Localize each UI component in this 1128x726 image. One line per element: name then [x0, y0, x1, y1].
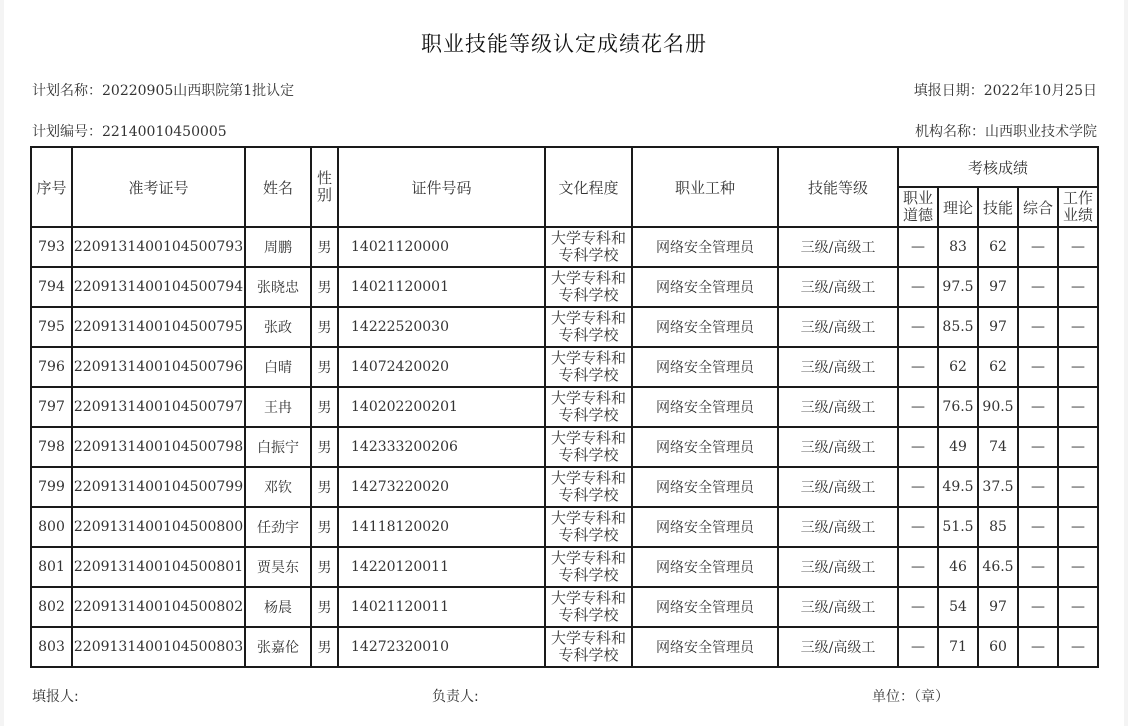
cell-theory: 85.5 [938, 307, 978, 347]
redaction-mask [477, 507, 514, 547]
cell-overall: — [1018, 627, 1058, 667]
cell-id-no: 140202200201 [338, 387, 545, 427]
redaction-mask [477, 387, 514, 427]
cell-theory: 71 [938, 627, 978, 667]
cell-name: 杨晨 [245, 587, 311, 627]
table-row: 7972209131400104500797王冉男140202200201大学专… [31, 387, 1098, 427]
cell-education: 大学专科和专科学校 [545, 307, 632, 347]
header-name: 姓名 [245, 147, 311, 227]
cell-seq: 795 [31, 307, 72, 347]
cell-name: 邓钦 [245, 467, 311, 507]
cell-occupation: 网络安全管理员 [632, 347, 778, 387]
cell-exam-no: 2209131400104500794 [72, 267, 245, 307]
table-row: 8012209131400104500801贾昊东男14220120011大学专… [31, 547, 1098, 587]
cell-exam-no: 2209131400104500796 [72, 347, 245, 387]
cell-exam-no: 2209131400104500800 [72, 507, 245, 547]
cell-education: 大学专科和专科学校 [545, 627, 632, 667]
cell-education: 大学专科和专科学校 [545, 587, 632, 627]
cell-id-no: 14072420020 [338, 347, 545, 387]
cell-occupation: 网络安全管理员 [632, 547, 778, 587]
cell-exam-no: 2209131400104500795 [72, 307, 245, 347]
education-text: 大学专科和专科学校 [548, 590, 630, 624]
cell-occupation: 网络安全管理员 [632, 387, 778, 427]
cell-skill-level: 三级/高级工 [778, 227, 898, 267]
redaction-mask [477, 227, 514, 267]
cell-exam-no: 2209131400104500798 [72, 427, 245, 467]
cell-performance: — [1058, 587, 1098, 627]
cell-name: 白晴 [245, 347, 311, 387]
id-number-text: 140202200201 [351, 399, 458, 415]
id-number-text: 14021120001 [351, 279, 449, 295]
cell-education: 大学专科和专科学校 [545, 467, 632, 507]
header-gender-label: 性别 [317, 170, 333, 204]
cell-overall: — [1018, 267, 1058, 307]
plan-number: 计划编号：22140010450005 [32, 121, 227, 141]
cell-name: 张晓忠 [245, 267, 311, 307]
cell-gender: 男 [311, 467, 338, 507]
cell-name: 张政 [245, 307, 311, 347]
id-number-text: 14072420020 [351, 359, 449, 375]
cell-overall: — [1018, 507, 1058, 547]
education-text: 大学专科和专科学校 [548, 550, 630, 584]
cell-theory: 46 [938, 547, 978, 587]
cell-ethics: — [898, 507, 938, 547]
cell-skill: 62 [978, 227, 1018, 267]
cell-ethics: — [898, 547, 938, 587]
cell-skill: 74 [978, 427, 1018, 467]
plan-name: 计划名称：20220905山西职院第1批认定 [32, 80, 294, 100]
cell-seq: 801 [31, 547, 72, 587]
cell-skill-level: 三级/高级工 [778, 627, 898, 667]
cell-id-no: 14021120000 [338, 227, 545, 267]
cell-performance: — [1058, 627, 1098, 667]
cell-gender: 男 [311, 267, 338, 307]
footer-filler: 填报人: [32, 686, 79, 706]
cell-occupation: 网络安全管理员 [632, 267, 778, 307]
header-performance-label: 工作业绩 [1062, 190, 1094, 224]
cell-occupation: 网络安全管理员 [632, 307, 778, 347]
table-row: 7962209131400104500796白晴男14072420020大学专科… [31, 347, 1098, 387]
cell-seq: 796 [31, 347, 72, 387]
table-row: 7932209131400104500793周鹏男14021120000大学专科… [31, 227, 1098, 267]
id-number-text: 142333200206 [351, 439, 458, 455]
cell-skill-level: 三级/高级工 [778, 587, 898, 627]
cell-skill-level: 三级/高级工 [778, 547, 898, 587]
header-ethics-label: 职业道德 [902, 190, 934, 224]
cell-skill-level: 三级/高级工 [778, 467, 898, 507]
cell-skill: 97 [978, 267, 1018, 307]
redaction-mask [477, 547, 514, 587]
table-row: 7992209131400104500799邓钦男14273220020大学专科… [31, 467, 1098, 507]
cell-skill: 97 [978, 307, 1018, 347]
cell-skill: 90.5 [978, 387, 1018, 427]
id-number-text: 14220120011 [351, 559, 449, 575]
cell-theory: 62 [938, 347, 978, 387]
cell-id-no: 14273220020 [338, 467, 545, 507]
redaction-mask [477, 267, 514, 307]
cell-skill-level: 三级/高级工 [778, 347, 898, 387]
cell-gender: 男 [311, 307, 338, 347]
cell-skill: 97 [978, 587, 1018, 627]
cell-name: 任劲宇 [245, 507, 311, 547]
redaction-mask [477, 427, 514, 467]
cell-gender: 男 [311, 627, 338, 667]
cell-performance: — [1058, 267, 1098, 307]
cell-occupation: 网络安全管理员 [632, 627, 778, 667]
cell-ethics: — [898, 627, 938, 667]
cell-education: 大学专科和专科学校 [545, 267, 632, 307]
education-text: 大学专科和专科学校 [548, 390, 630, 424]
table-row: 8022209131400104500802杨晨男14021120011大学专科… [31, 587, 1098, 627]
id-number-text: 14273220020 [351, 479, 449, 495]
table-row: 7942209131400104500794张晓忠男14021120001大学专… [31, 267, 1098, 307]
id-number-text: 14118120020 [351, 519, 449, 535]
table-row: 8032209131400104500803张嘉伦男14272320010大学专… [31, 627, 1098, 667]
cell-name: 王冉 [245, 387, 311, 427]
education-text: 大学专科和专科学校 [548, 350, 630, 384]
cell-education: 大学专科和专科学校 [545, 547, 632, 587]
id-number-text: 14272320010 [351, 639, 449, 655]
cell-id-no: 14272320010 [338, 627, 545, 667]
header-theory: 理论 [938, 187, 978, 227]
footer-responsible: 负责人: [432, 686, 479, 706]
header-gender: 性别 [311, 147, 338, 227]
header-occupation: 职业工种 [632, 147, 778, 227]
cell-ethics: — [898, 307, 938, 347]
cell-seq: 797 [31, 387, 72, 427]
cell-ethics: — [898, 587, 938, 627]
header-scores-group: 考核成绩 [898, 147, 1098, 187]
cell-skill-level: 三级/高级工 [778, 507, 898, 547]
cell-exam-no: 2209131400104500797 [72, 387, 245, 427]
header-skill-level: 技能等级 [778, 147, 898, 227]
cell-seq: 794 [31, 267, 72, 307]
cell-education: 大学专科和专科学校 [545, 347, 632, 387]
redaction-mask [477, 347, 514, 387]
education-text: 大学专科和专科学校 [548, 430, 630, 464]
header-exam-no: 准考证号 [72, 147, 245, 227]
education-text: 大学专科和专科学校 [548, 270, 630, 304]
table-row: 8002209131400104500800任劲宇男14118120020大学专… [31, 507, 1098, 547]
cell-overall: — [1018, 587, 1058, 627]
cell-exam-no: 2209131400104500793 [72, 227, 245, 267]
cell-occupation: 网络安全管理员 [632, 227, 778, 267]
cell-id-no: 14021120011 [338, 587, 545, 627]
cell-education: 大学专科和专科学校 [545, 227, 632, 267]
cell-overall: — [1018, 347, 1058, 387]
cell-gender: 男 [311, 587, 338, 627]
cell-seq: 802 [31, 587, 72, 627]
cell-skill: 62 [978, 347, 1018, 387]
cell-id-no: 14222520030 [338, 307, 545, 347]
cell-gender: 男 [311, 427, 338, 467]
cell-gender: 男 [311, 547, 338, 587]
header-education: 文化程度 [545, 147, 632, 227]
cell-overall: — [1018, 427, 1058, 467]
cell-skill: 85 [978, 507, 1018, 547]
cell-seq: 798 [31, 427, 72, 467]
redaction-mask [477, 627, 514, 667]
cell-overall: — [1018, 387, 1058, 427]
cell-name: 贾昊东 [245, 547, 311, 587]
cell-performance: — [1058, 547, 1098, 587]
cell-name: 白振宁 [245, 427, 311, 467]
header-ethics: 职业道德 [898, 187, 938, 227]
cell-seq: 803 [31, 627, 72, 667]
cell-id-no: 14118120020 [338, 507, 545, 547]
cell-occupation: 网络安全管理员 [632, 427, 778, 467]
cell-performance: — [1058, 347, 1098, 387]
cell-performance: — [1058, 387, 1098, 427]
cell-skill: 37.5 [978, 467, 1018, 507]
header-overall: 综合 [1018, 187, 1058, 227]
cell-gender: 男 [311, 227, 338, 267]
education-text: 大学专科和专科学校 [548, 630, 630, 664]
redaction-mask [477, 307, 514, 347]
cell-name: 周鹏 [245, 227, 311, 267]
cell-overall: — [1018, 467, 1058, 507]
cell-theory: 49 [938, 427, 978, 467]
id-number-text: 14021120000 [351, 239, 449, 255]
cell-skill: 46.5 [978, 547, 1018, 587]
cell-skill-level: 三级/高级工 [778, 427, 898, 467]
cell-theory: 97.5 [938, 267, 978, 307]
score-roster-table: 序号 准考证号 姓名 性别 证件号码 文化程度 职业工种 技能等级 考核成绩 职… [30, 146, 1099, 668]
cell-theory: 51.5 [938, 507, 978, 547]
cell-skill-level: 三级/高级工 [778, 387, 898, 427]
org-name: 机构名称：山西职业技术学院 [915, 121, 1097, 141]
cell-gender: 男 [311, 507, 338, 547]
cell-exam-no: 2209131400104500799 [72, 467, 245, 507]
cell-ethics: — [898, 267, 938, 307]
cell-theory: 83 [938, 227, 978, 267]
cell-ethics: — [898, 387, 938, 427]
cell-seq: 799 [31, 467, 72, 507]
cell-theory: 49.5 [938, 467, 978, 507]
cell-skill-level: 三级/高级工 [778, 307, 898, 347]
education-text: 大学专科和专科学校 [548, 510, 630, 544]
table-row: 7982209131400104500798白振宁男142333200206大学… [31, 427, 1098, 467]
cell-exam-no: 2209131400104500801 [72, 547, 245, 587]
cell-occupation: 网络安全管理员 [632, 467, 778, 507]
cell-occupation: 网络安全管理员 [632, 587, 778, 627]
cell-ethics: — [898, 427, 938, 467]
cell-id-no: 142333200206 [338, 427, 545, 467]
cell-skill-level: 三级/高级工 [778, 267, 898, 307]
education-text: 大学专科和专科学校 [548, 230, 630, 264]
cell-exam-no: 2209131400104500803 [72, 627, 245, 667]
header-seq: 序号 [31, 147, 72, 227]
cell-performance: — [1058, 467, 1098, 507]
education-text: 大学专科和专科学校 [548, 470, 630, 504]
cell-performance: — [1058, 307, 1098, 347]
redaction-mask [477, 467, 514, 507]
cell-overall: — [1018, 227, 1058, 267]
cell-id-no: 14021120001 [338, 267, 545, 307]
cell-education: 大学专科和专科学校 [545, 427, 632, 467]
cell-exam-no: 2209131400104500802 [72, 587, 245, 627]
cell-theory: 54 [938, 587, 978, 627]
cell-education: 大学专科和专科学校 [545, 507, 632, 547]
cell-occupation: 网络安全管理员 [632, 507, 778, 547]
cell-education: 大学专科和专科学校 [545, 387, 632, 427]
fill-date: 填报日期：2022年10月25日 [914, 80, 1097, 100]
redaction-mask [477, 587, 514, 627]
header-id-no: 证件号码 [338, 147, 545, 227]
id-number-text: 14222520030 [351, 319, 449, 335]
cell-skill: 60 [978, 627, 1018, 667]
header-performance: 工作业绩 [1058, 187, 1098, 227]
cell-performance: — [1058, 427, 1098, 467]
cell-seq: 793 [31, 227, 72, 267]
cell-theory: 76.5 [938, 387, 978, 427]
cell-seq: 800 [31, 507, 72, 547]
education-text: 大学专科和专科学校 [548, 310, 630, 344]
cell-id-no: 14220120011 [338, 547, 545, 587]
cell-performance: — [1058, 227, 1098, 267]
cell-gender: 男 [311, 347, 338, 387]
page-title: 职业技能等级认定成绩花名册 [0, 28, 1128, 58]
id-number-text: 14021120011 [351, 599, 449, 615]
cell-overall: — [1018, 547, 1058, 587]
cell-performance: — [1058, 507, 1098, 547]
cell-overall: — [1018, 307, 1058, 347]
cell-gender: 男 [311, 387, 338, 427]
cell-name: 张嘉伦 [245, 627, 311, 667]
header-skill: 技能 [978, 187, 1018, 227]
cell-ethics: — [898, 347, 938, 387]
footer-unit: 单位：（章） [872, 686, 949, 706]
cell-ethics: — [898, 467, 938, 507]
cell-ethics: — [898, 227, 938, 267]
table-row: 7952209131400104500795张政男14222520030大学专科… [31, 307, 1098, 347]
